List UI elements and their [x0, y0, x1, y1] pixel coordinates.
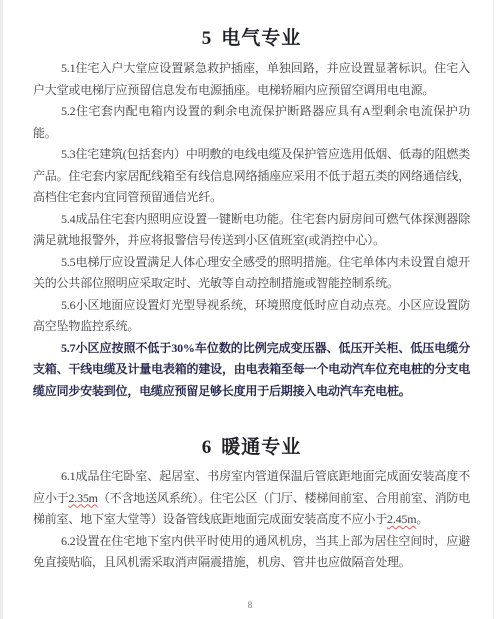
- section-hvac-title: 暖通专业: [221, 437, 301, 458]
- paragraph-5-7: 5.7小区应按照不低于30%车位数的比例完成变压器、低压开关柜、低压电缆分支箱、…: [33, 338, 470, 403]
- paragraph-5-1: 5.1住宅入户大堂应设置紧急救护插座，单独回路，并应设置显著标识。住宅入户大堂或…: [33, 58, 470, 101]
- page-number: 8: [0, 600, 500, 610]
- paragraph-5-6: 5.6小区地面应设置灯光型导视系统，环境照度低时应自动点亮。小区应设置防高空坠物…: [33, 295, 470, 338]
- section-electrical-title: 电气专业: [221, 28, 301, 49]
- paragraph-5-5: 5.5电梯厅应设置满足人体心理安全感受的照明措施。住宅单体内未设置自熄开关的公共…: [33, 252, 470, 295]
- paragraph-6-2: 6.2设置在住宅地下室内供平时使用的通风机房，当其上部为居住空间时，应避免直接贴…: [33, 531, 470, 574]
- paragraph-6-1: 6.1成品住宅卧室、起居室、书房室内管道保温后管底距地面完成面安装高度不应小于2…: [33, 466, 470, 531]
- document-page: 5电气专业 5.1住宅入户大堂应设置紧急救护插座，单独回路，并应设置显著标识。住…: [0, 0, 500, 619]
- section-electrical: 5电气专业 5.1住宅入户大堂应设置紧急救护插座，单独回路，并应设置显著标识。住…: [33, 27, 470, 402]
- section-electrical-number: 5: [202, 28, 213, 49]
- measurement-2-45m: 2.45m: [387, 512, 416, 526]
- section-hvac: 6暖通专业 6.1成品住宅卧室、起居室、书房室内管道保温后管底距地面完成面安装高…: [33, 436, 470, 574]
- page-content: 5电气专业 5.1住宅入户大堂应设置紧急救护插座，单独回路，并应设置显著标识。住…: [0, 0, 500, 574]
- paragraph-6-1-text: 。: [416, 512, 428, 526]
- paragraph-5-2: 5.2住宅套内配电箱内设置的剩余电流保护断路器应具有A型剩余电流保护功能。: [33, 101, 470, 144]
- section-hvac-heading: 6暖通专业: [33, 436, 470, 460]
- measurement-2-35m: 2.35m: [68, 491, 97, 505]
- section-hvac-number: 6: [202, 437, 213, 458]
- section-electrical-heading: 5电气专业: [33, 27, 470, 51]
- paragraph-5-4: 5.4成品住宅套内照明应设置一键断电功能。住宅套内厨房间可燃气体探测器除满足就地…: [33, 209, 470, 252]
- paragraph-5-3: 5.3住宅建筑(包括套内）中明敷的电线电缆及保护管应选用低烟、低毒的阻燃类产品。…: [33, 144, 470, 209]
